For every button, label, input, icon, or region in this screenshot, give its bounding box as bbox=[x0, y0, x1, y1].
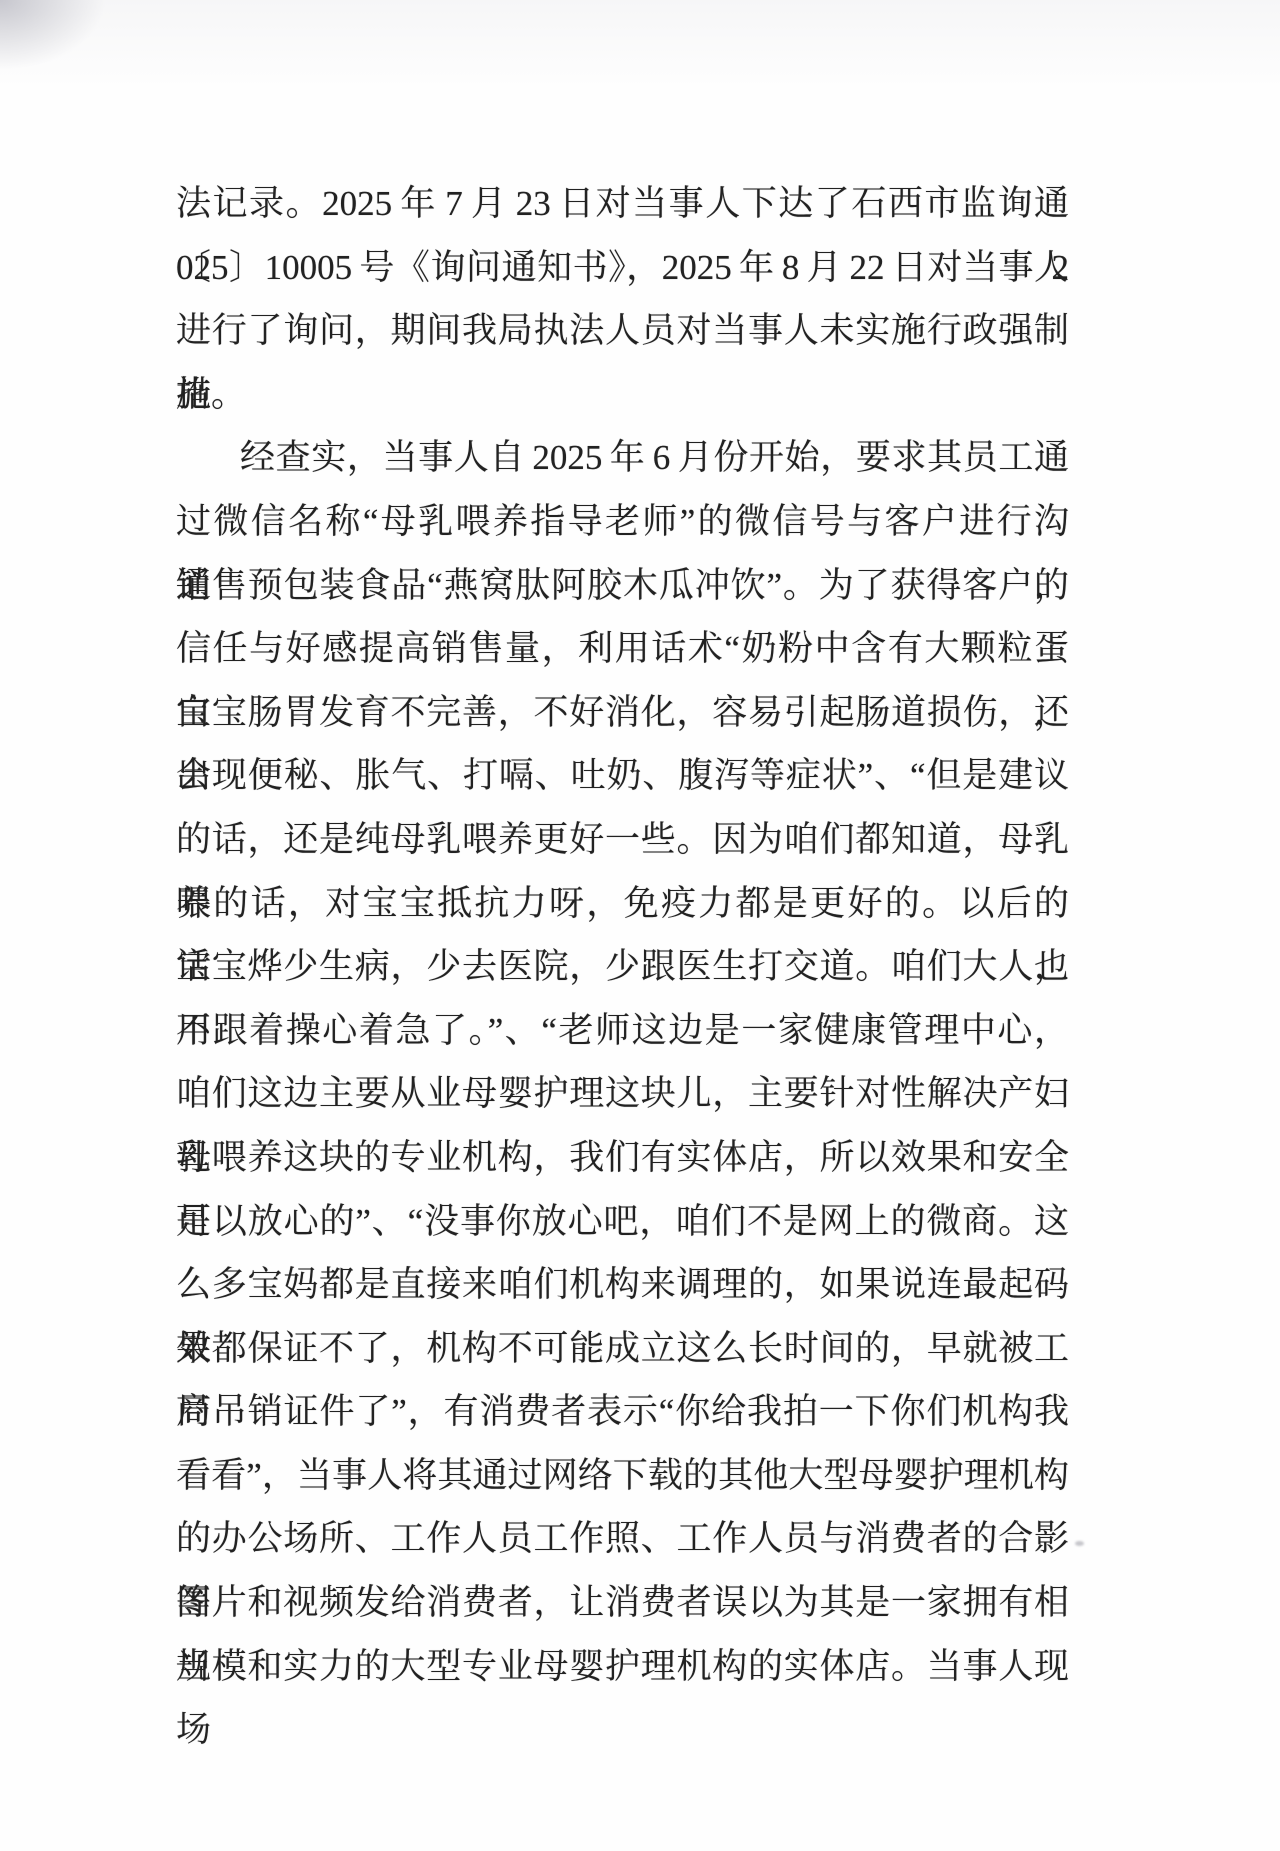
text-line: 看看”，当事人将其通过网络下载的其他大型母婴护理机构 bbox=[176, 1444, 1069, 1508]
text-line: 的办公场所、工作人员工作照、工作人员与消费者的合影等 bbox=[176, 1507, 1069, 1571]
text-line: 法记录。2025 年 7 月 23 日对当事人下达了石西市监询通〔2 bbox=[176, 172, 1069, 236]
text-line: 宝宝烨少生病，少去医院，少跟医生打交道。咱们大人也不 bbox=[176, 935, 1069, 999]
text-line: 出现便秘、胀气、打嗝、吐奶、腹泻等症状”、“但是建议 bbox=[176, 744, 1069, 808]
text-line: 可以放心的”、“没事你放心吧，咱们不是网上的微商。这 bbox=[176, 1190, 1069, 1254]
scan-speck-artifact bbox=[1075, 1541, 1084, 1546]
photo-top-shading bbox=[0, 0, 1280, 90]
text-line: 信任与好感提高销售量，利用话术“奶粉中含有大颗粒蛋白， bbox=[176, 617, 1069, 681]
text-line: 经查实，当事人自 2025 年 6 月份开始，要求其员工通 bbox=[176, 426, 1069, 490]
text-line: 施。 bbox=[176, 363, 1069, 427]
text-line: 宝宝肠胃发育不完善，不好消化，容易引起肠道损伤，还会 bbox=[176, 681, 1069, 745]
photo-corner-shading bbox=[0, 0, 120, 80]
document-body: 法记录。2025 年 7 月 23 日对当事人下达了石西市监询通〔2025〕10… bbox=[176, 172, 1069, 1698]
text-line: 过微信名称“母乳喂养指导老师”的微信号与客户进行沟通， bbox=[176, 490, 1069, 554]
text-line: 图片和视频发给消费者，让消费者误以为其是一家拥有相当 bbox=[176, 1571, 1069, 1635]
text-line: 规模和实力的大型专业母婴护理机构的实体店。当事人现场 bbox=[176, 1635, 1069, 1699]
text-line: 销售预包装食品“燕窝肽阿胶木瓜冲饮”。为了获得客户的 bbox=[176, 554, 1069, 618]
scanned-document-page: 法记录。2025 年 7 月 23 日对当事人下达了石西市监询通〔2025〕10… bbox=[0, 0, 1280, 1851]
text-line: 局吊销证件了”，有消费者表示“你给我拍一下你们机构我 bbox=[176, 1380, 1069, 1444]
paragraph: 经查实，当事人自 2025 年 6 月份开始，要求其员工通过微信名称“母乳喂养指… bbox=[176, 426, 1069, 1698]
text-line: 咱们这边主要从业母婴护理这块儿，主要针对性解决产妇母 bbox=[176, 1062, 1069, 1126]
text-line: 的话，还是纯母乳喂养更好一些。因为咱们都知道，母乳喂 bbox=[176, 808, 1069, 872]
text-line: 乳喂养这块的专业机构，我们有实体店，所以效果和安全是 bbox=[176, 1126, 1069, 1190]
text-line: 025〕10005 号《询问通知书》，2025 年 8 月 22 日对当事人 bbox=[176, 236, 1069, 300]
text-line: 进行了询问，期间我局执法人员对当事人未实施行政强制措 bbox=[176, 299, 1069, 363]
text-line: 么多宝妈都是直接来咱们机构来调理的，如果说连最起码效 bbox=[176, 1253, 1069, 1317]
text-line: 果都保证不了，机构不可能成立这么长时间的，早就被工商 bbox=[176, 1317, 1069, 1381]
text-line: 养的话，对宝宝抵抗力呀，免疫力都是更好的。以后的话， bbox=[176, 872, 1069, 936]
text-line: 用跟着操心着急了。”、“老师这边是一家健康管理中心， bbox=[176, 999, 1069, 1063]
paragraph: 法记录。2025 年 7 月 23 日对当事人下达了石西市监询通〔2025〕10… bbox=[176, 172, 1069, 426]
